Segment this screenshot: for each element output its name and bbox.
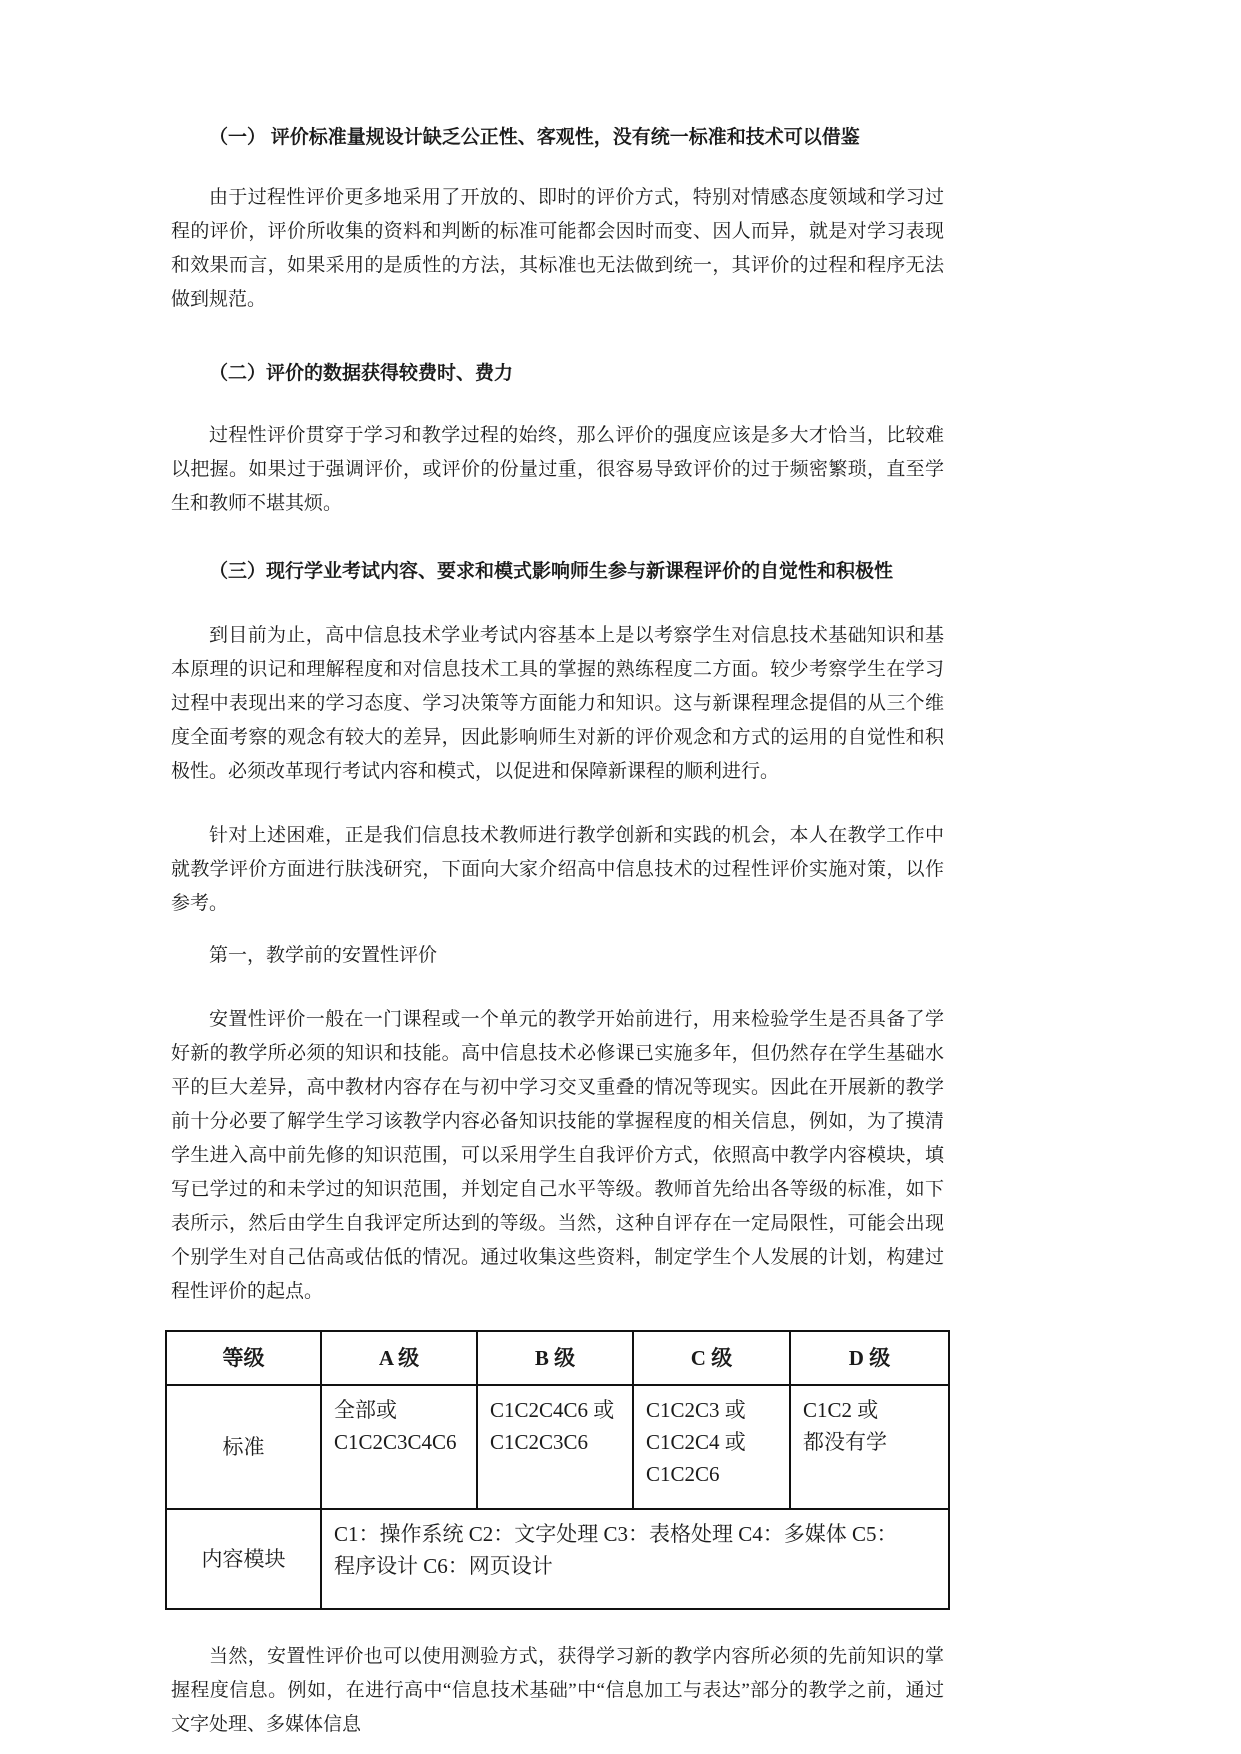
paragraph-3: 到目前为止，高中信息技术学业考试内容基本上是以考察学生对信息技术基础知识和基本原… xyxy=(171,619,944,789)
subheading-first: 第一，教学前的安置性评价 xyxy=(171,939,944,973)
cell-standard-level-a: 全部或 C1C2C3C4C6 xyxy=(321,1385,477,1509)
section-heading-3: （三）现行学业考试内容、要求和模式影响师生参与新课程评价的自觉性和积极性 xyxy=(171,555,944,589)
paragraph-6: 当然，安置性评价也可以使用测验方式，获得学习新的教学内容所必须的先前知识的掌握程… xyxy=(171,1640,944,1742)
cell-standard-level-d: C1C2 或 都没有学 xyxy=(790,1385,949,1509)
header-cell-level-c: C 级 xyxy=(633,1331,790,1385)
row-label-standard: 标准 xyxy=(166,1385,321,1509)
header-cell-level-b: B 级 xyxy=(477,1331,633,1385)
section-heading-2: （二）评价的数据获得较费时、费力 xyxy=(171,357,944,391)
table-row-modules: 内容模块 C1：操作系统 C2：文字处理 C3：表格处理 C4：多媒体 C5： … xyxy=(166,1509,949,1609)
paragraph-4: 针对上述困难，正是我们信息技术教师进行教学创新和实践的机会，本人在教学工作中就教… xyxy=(171,819,944,921)
paragraph-5: 安置性评价一般在一门课程或一个单元的教学开始前进行，用来检验学生是否具备了学好新… xyxy=(171,1003,944,1309)
cell-standard-level-c: C1C2C3 或 C1C2C4 或 C1C2C6 xyxy=(633,1385,790,1509)
document-page: （一） 评价标准量规设计缺乏公正性、客观性，没有统一标准和技术可以借鉴 由于过程… xyxy=(0,0,1241,1754)
cell-modules-content: C1：操作系统 C2：文字处理 C3：表格处理 C4：多媒体 C5： 程序设计 … xyxy=(321,1509,949,1609)
section-heading-1: （一） 评价标准量规设计缺乏公正性、客观性，没有统一标准和技术可以借鉴 xyxy=(171,121,944,155)
paragraph-1: 由于过程性评价更多地采用了开放的、即时的评价方式，特别对情感态度领域和学习过程的… xyxy=(171,181,944,317)
header-cell-level-a: A 级 xyxy=(321,1331,477,1385)
header-cell-level-d: D 级 xyxy=(790,1331,949,1385)
table-row-standard: 标准 全部或 C1C2C3C4C6 C1C2C4C6 或 C1C2C3C6 C1… xyxy=(166,1385,949,1509)
cell-standard-level-b: C1C2C4C6 或 C1C2C3C6 xyxy=(477,1385,633,1509)
paragraph-2: 过程性评价贯穿于学习和教学过程的始终，那么评价的强度应该是多大才恰当，比较难以把… xyxy=(171,419,944,521)
header-cell-grade: 等级 xyxy=(166,1331,321,1385)
row-label-modules: 内容模块 xyxy=(166,1509,321,1609)
grade-level-table: 等级 A 级 B 级 C 级 D 级 标准 全部或 C1C2C3C4C6 C1C… xyxy=(165,1330,950,1610)
table-header-row: 等级 A 级 B 级 C 级 D 级 xyxy=(166,1331,949,1385)
